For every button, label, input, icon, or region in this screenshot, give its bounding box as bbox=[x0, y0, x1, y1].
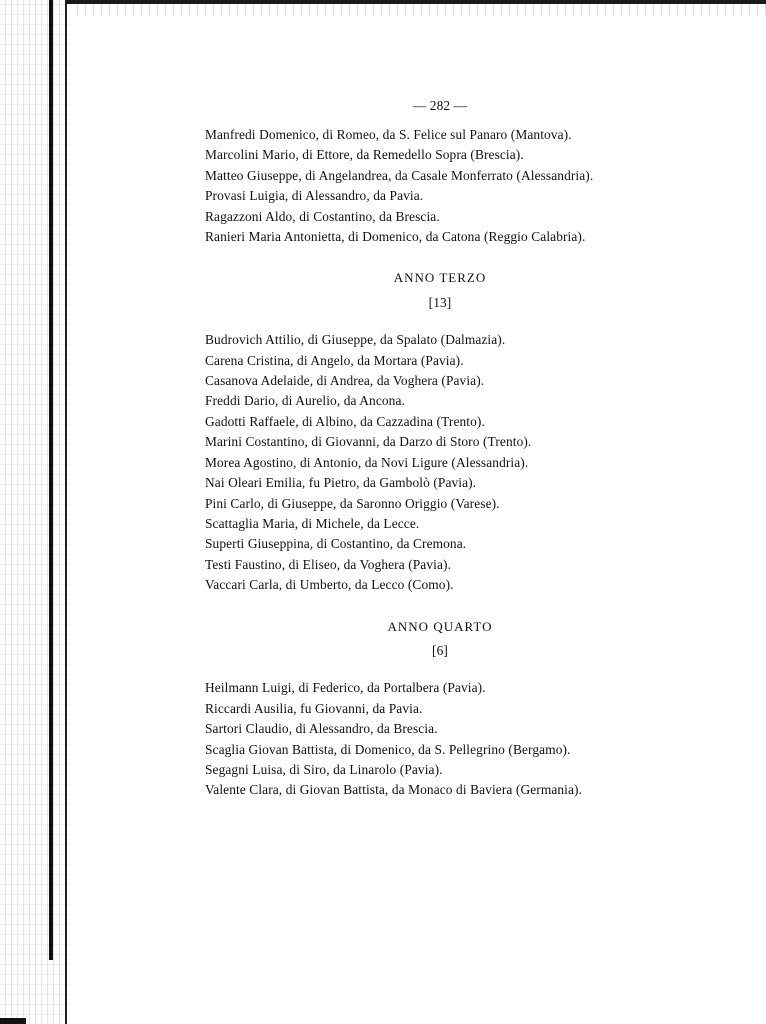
list-item: Marcolini Mario, di Ettore, da Remedello… bbox=[205, 145, 657, 165]
list-item: Riccardi Ausilia, fu Giovanni, da Pavia. bbox=[205, 699, 657, 719]
list-item: Carena Cristina, di Angelo, da Mortara (… bbox=[205, 351, 657, 371]
scan-corner-blot bbox=[0, 1018, 26, 1024]
list-item: Segagni Luisa, di Siro, da Linarolo (Pav… bbox=[205, 760, 657, 780]
list-item: Scaglia Giovan Battista, di Domenico, da… bbox=[205, 740, 657, 760]
list-item: Pini Carlo, di Giuseppe, da Saronno Orig… bbox=[205, 494, 657, 514]
section-heading: ANNO QUARTO bbox=[205, 617, 657, 637]
list-item: Marini Costantino, di Giovanni, da Darzo… bbox=[205, 432, 657, 452]
document-page: — 282 — Manfredi Domenico, di Romeo, da … bbox=[205, 96, 657, 801]
section-count: [13] bbox=[205, 293, 657, 313]
binding-rule-thick bbox=[49, 0, 53, 960]
list-item: Heilmann Luigi, di Federico, da Portalbe… bbox=[205, 678, 657, 698]
intro-entry-list: Manfredi Domenico, di Romeo, da S. Felic… bbox=[205, 125, 657, 247]
section-anno-terzo: ANNO TERZO [13] Budrovich Attilio, di Gi… bbox=[205, 268, 657, 595]
section-count: [6] bbox=[205, 641, 657, 661]
list-item: Testi Faustino, di Eliseo, da Voghera (P… bbox=[205, 555, 657, 575]
section-heading: ANNO TERZO bbox=[205, 268, 657, 288]
list-item: Ragazzoni Aldo, di Costantino, da Bresci… bbox=[205, 207, 657, 227]
list-item: Scattaglia Maria, di Michele, da Lecce. bbox=[205, 514, 657, 534]
list-item: Vaccari Carla, di Umberto, da Lecco (Com… bbox=[205, 575, 657, 595]
list-item: Provasi Luigia, di Alessandro, da Pavia. bbox=[205, 186, 657, 206]
list-item: Manfredi Domenico, di Romeo, da S. Felic… bbox=[205, 125, 657, 145]
list-item: Valente Clara, di Giovan Battista, da Mo… bbox=[205, 780, 657, 800]
list-item: Morea Agostino, di Antonio, da Novi Ligu… bbox=[205, 453, 657, 473]
list-item: Ranieri Maria Antonietta, di Domenico, d… bbox=[205, 227, 657, 247]
page-number: — 282 — bbox=[205, 96, 657, 116]
section-anno-quarto: ANNO QUARTO [6] Heilmann Luigi, di Feder… bbox=[205, 617, 657, 801]
book-binding-edge bbox=[0, 0, 70, 1024]
binding-rule-thin bbox=[65, 0, 67, 1024]
list-item: Gadotti Raffaele, di Albino, da Cazzadin… bbox=[205, 412, 657, 432]
list-item: Budrovich Attilio, di Giuseppe, da Spala… bbox=[205, 330, 657, 350]
list-item: Nai Oleari Emilia, fu Pietro, da Gambolò… bbox=[205, 473, 657, 493]
scan-noise-top bbox=[70, 4, 766, 16]
list-item: Casanova Adelaide, di Andrea, da Voghera… bbox=[205, 371, 657, 391]
list-item: Freddi Dario, di Aurelio, da Ancona. bbox=[205, 391, 657, 411]
list-item: Superti Giuseppina, di Costantino, da Cr… bbox=[205, 534, 657, 554]
list-item: Matteo Giuseppe, di Angelandrea, da Casa… bbox=[205, 166, 657, 186]
list-item: Sartori Claudio, di Alessandro, da Bresc… bbox=[205, 719, 657, 739]
